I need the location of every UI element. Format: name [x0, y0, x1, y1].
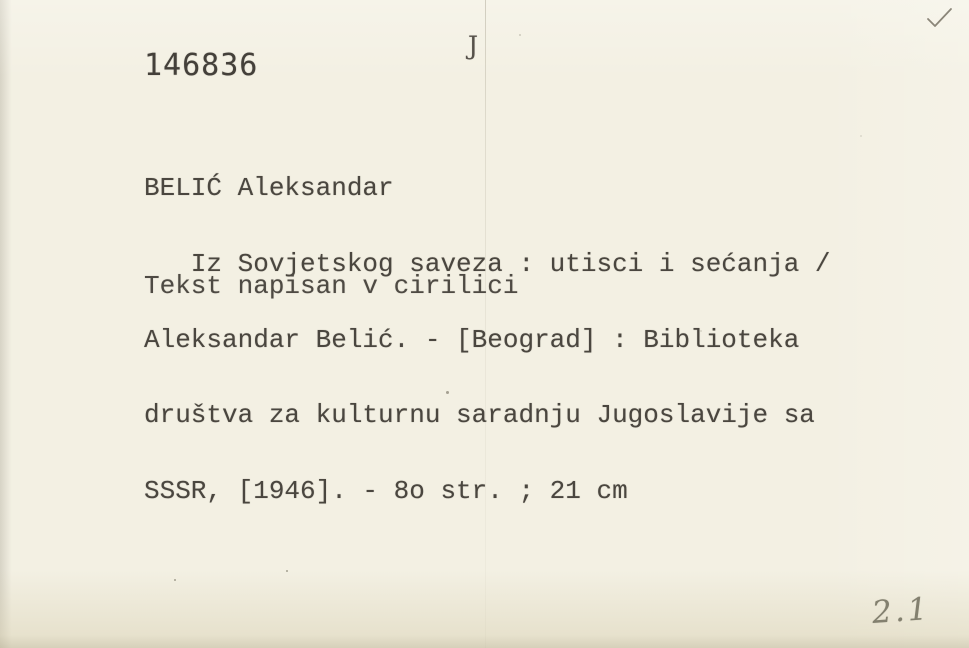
paper-speck [700, 330, 702, 332]
catalog-entry: BELIĆ Aleksandar Iz Sovjetskog saveza : … [144, 126, 831, 554]
call-number: 146836 [144, 48, 258, 83]
heading-letter: J [468, 31, 478, 60]
language-note: Tekst napisan v cirilici [144, 271, 518, 301]
paper-speck [860, 135, 862, 137]
handwritten-shelf-mark: 2.1 [871, 591, 932, 631]
paper-speck [286, 570, 288, 572]
entry-line-statement: Aleksandar Belić. - [Beograd] : Bibliote… [144, 328, 831, 353]
catalog-card: 146836 J BELIĆ Aleksandar Iz Sovjetskog … [0, 0, 969, 648]
entry-line-collation: SSSR, [1946]. - 8o str. ; 21 cm [144, 479, 831, 504]
paper-speck [519, 34, 521, 36]
checkmark-icon [922, 6, 956, 34]
entry-line-author-heading: BELIĆ Aleksandar [144, 176, 831, 201]
paper-speck [174, 579, 176, 581]
entry-line-publisher: društva za kulturnu saradnju Jugoslavije… [144, 403, 831, 428]
paper-speck [446, 391, 449, 394]
